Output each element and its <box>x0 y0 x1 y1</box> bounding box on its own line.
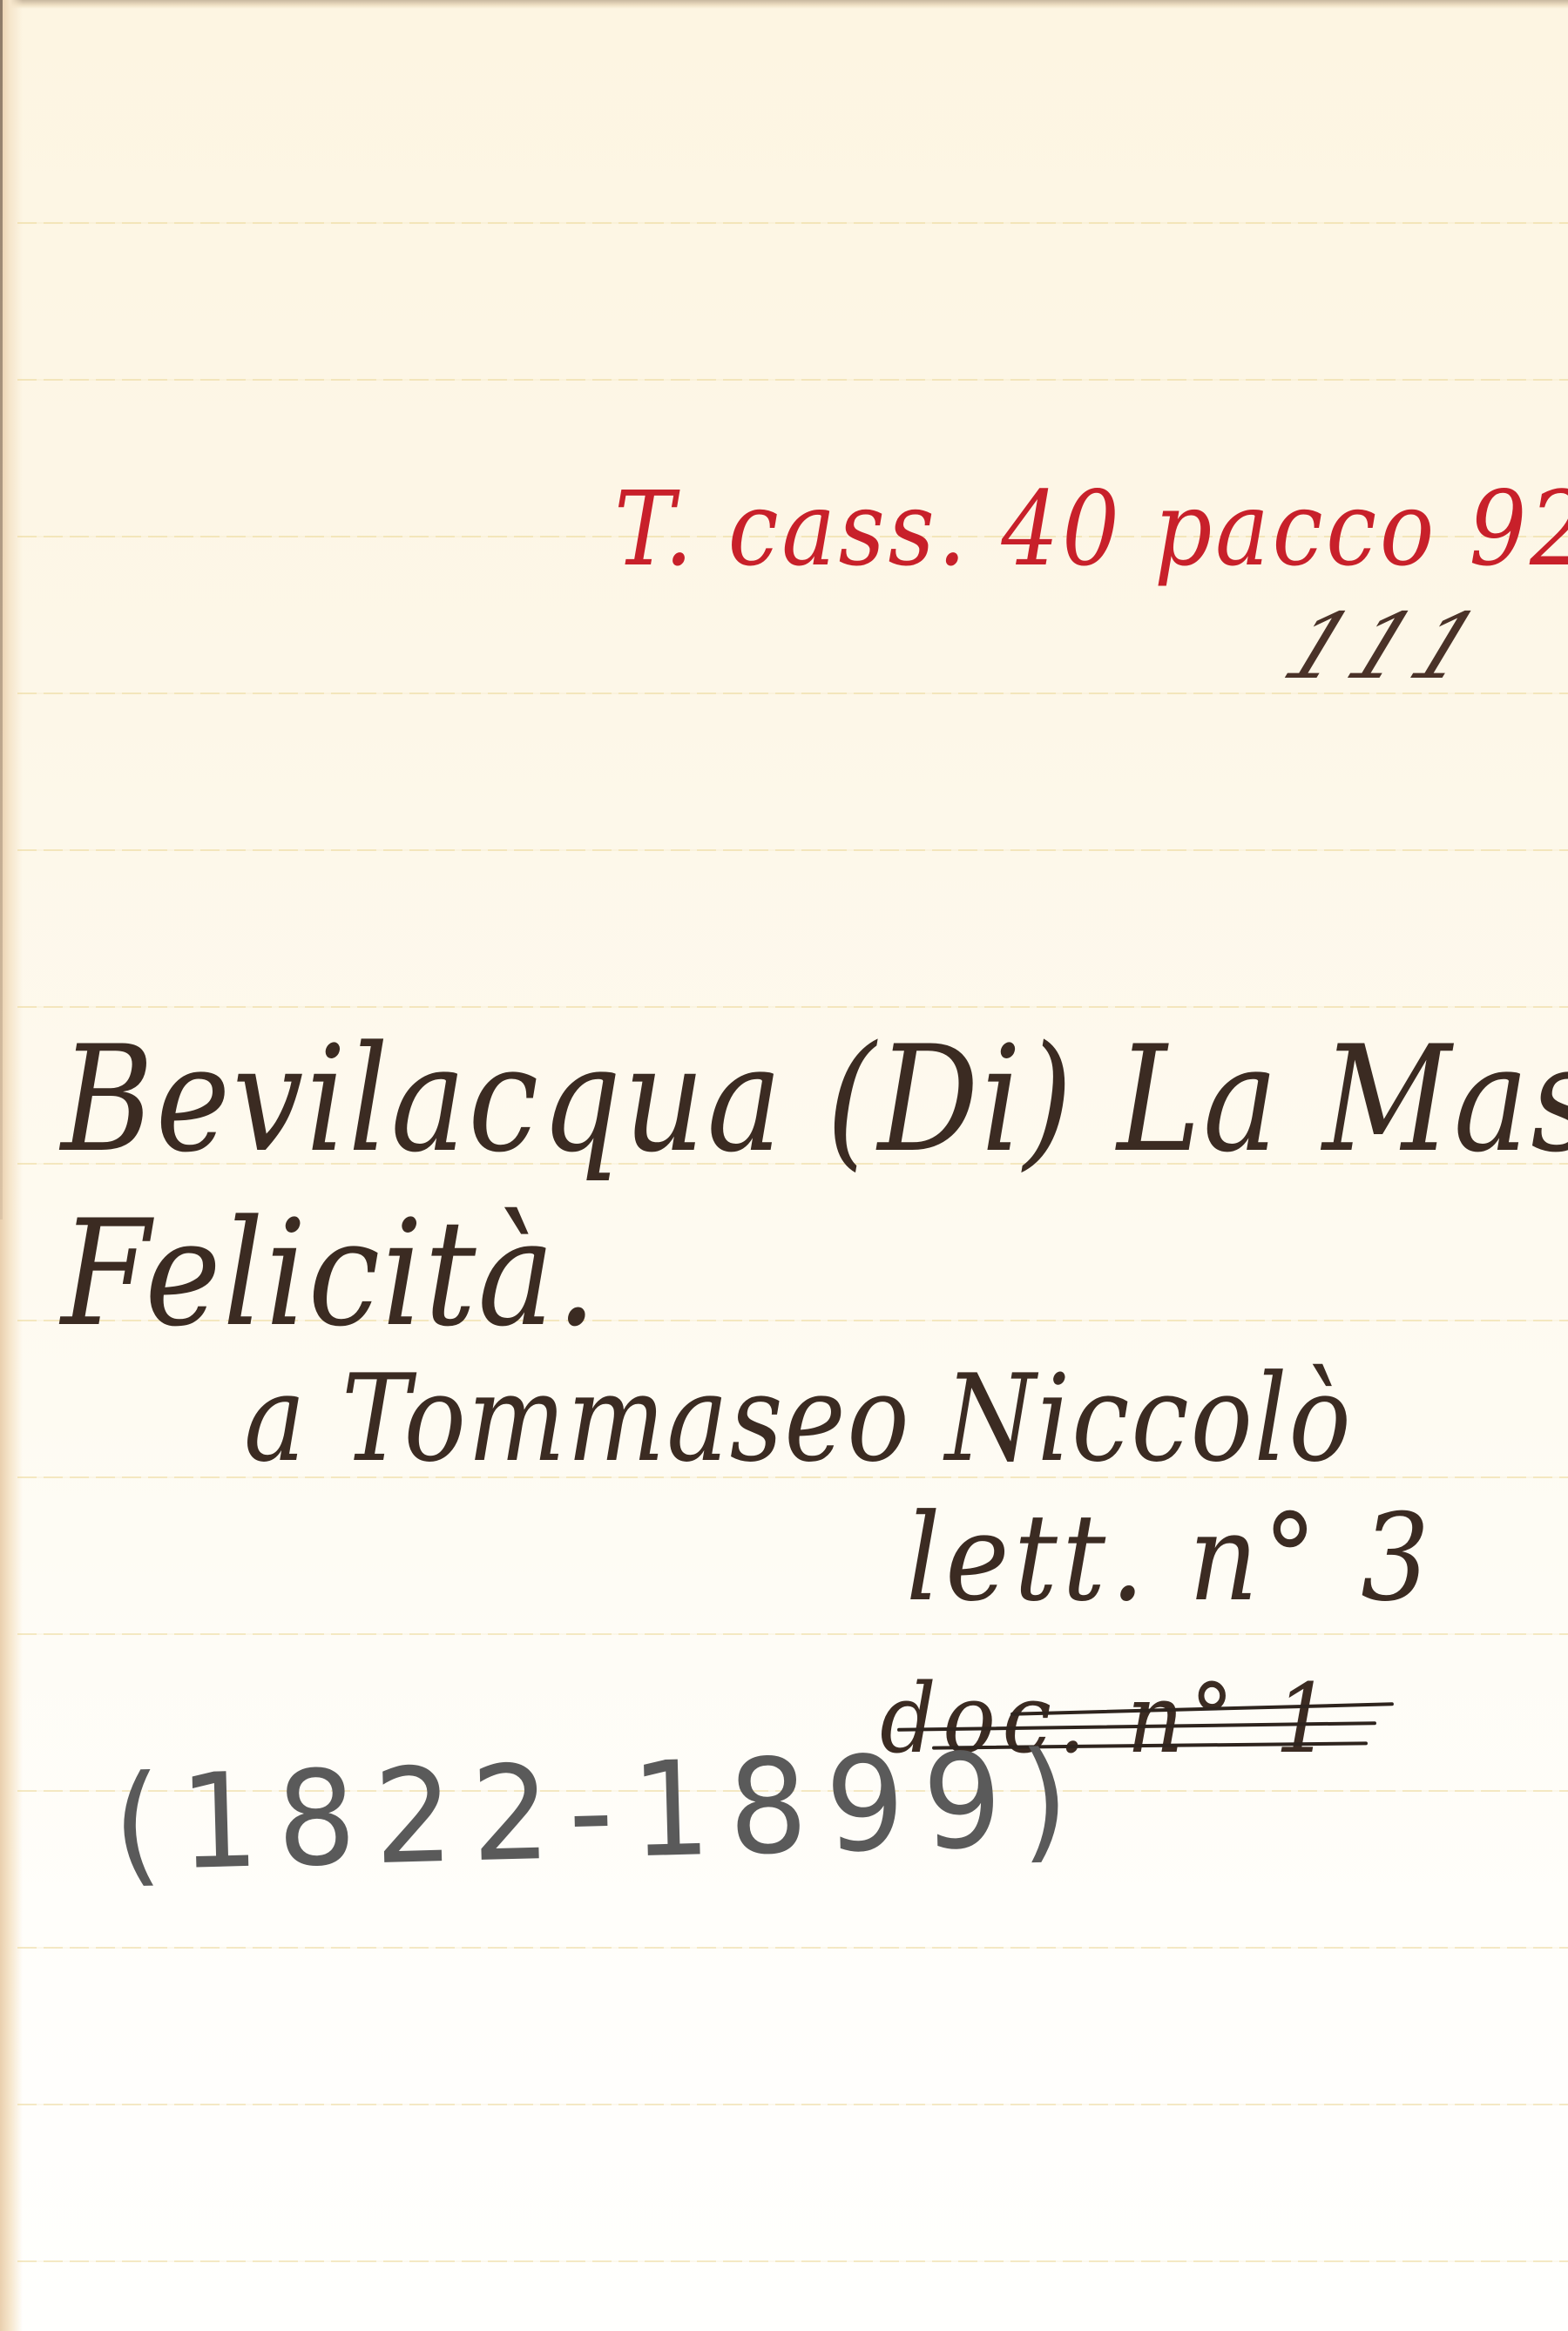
life-dates: (1822-1899) <box>112 1734 1088 1890</box>
archive-reference: T. cass. 40 pacco 92. <box>614 477 1568 580</box>
ruled-line <box>17 1633 1568 1635</box>
correspondent-name-line-1: Bevilacqua (Di) La Masa <box>61 1026 1568 1172</box>
ruled-line <box>17 1947 1568 1949</box>
ruled-line <box>17 2104 1568 2105</box>
recipient-line: a Tommaseo Niccolò <box>244 1359 1353 1479</box>
ruled-line <box>17 2260 1568 2262</box>
card-left-edge <box>0 0 23 2331</box>
correspondent-name-line-2: Felicità. <box>61 1200 598 1347</box>
card-left-shadow <box>0 0 3 1220</box>
ruled-line <box>17 222 1568 224</box>
ruled-line <box>17 1006 1568 1008</box>
index-card: T. cass. 40 pacco 92. 111 Bevilacqua (Di… <box>0 0 1568 2331</box>
ruled-line <box>17 379 1568 381</box>
letters-count: lett. n° 3 <box>906 1498 1435 1618</box>
folio-number: 111 <box>1273 601 1498 692</box>
ruled-line <box>17 849 1568 851</box>
card-top-edge <box>0 0 1568 9</box>
